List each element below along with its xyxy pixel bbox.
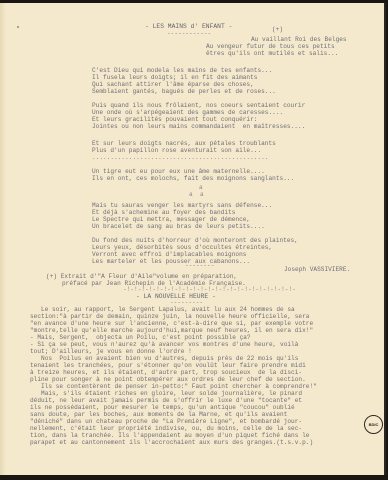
scan-border [0,476,388,480]
poem-title-underline: ------------ [167,30,211,37]
article-line: parapet et au cantonnement ils l'accroch… [30,439,313,446]
end-rule: -------- [185,262,214,269]
library-stamp: BDIC [364,415,383,434]
poem-line: Un bracelet de sang au bras de leurs pet… [92,223,265,230]
punch-mark [17,26,19,28]
poem-line: Les marteler et les pousser aux cabanons… [92,258,250,265]
poem-line: Jointes ou non leurs mains commandaient … [92,123,305,130]
dotted-separator: ........................................… [92,154,269,161]
poem-line: Ils en ont, ces molochs, fait des moigno… [92,175,294,182]
poem-line: Semblaient gantés, bagués de perles et d… [92,88,276,95]
footnote-marker: (+) [272,26,283,33]
asterism-bottom: a a [189,191,204,198]
poem-author: Joseph VASSIVIERE. [284,266,350,273]
typewritten-page: - LES MAINS d' ENFANT - ------------ (+)… [0,3,386,475]
dedication-line: êtres qu'ils ont mutilés et salis... [206,50,338,57]
